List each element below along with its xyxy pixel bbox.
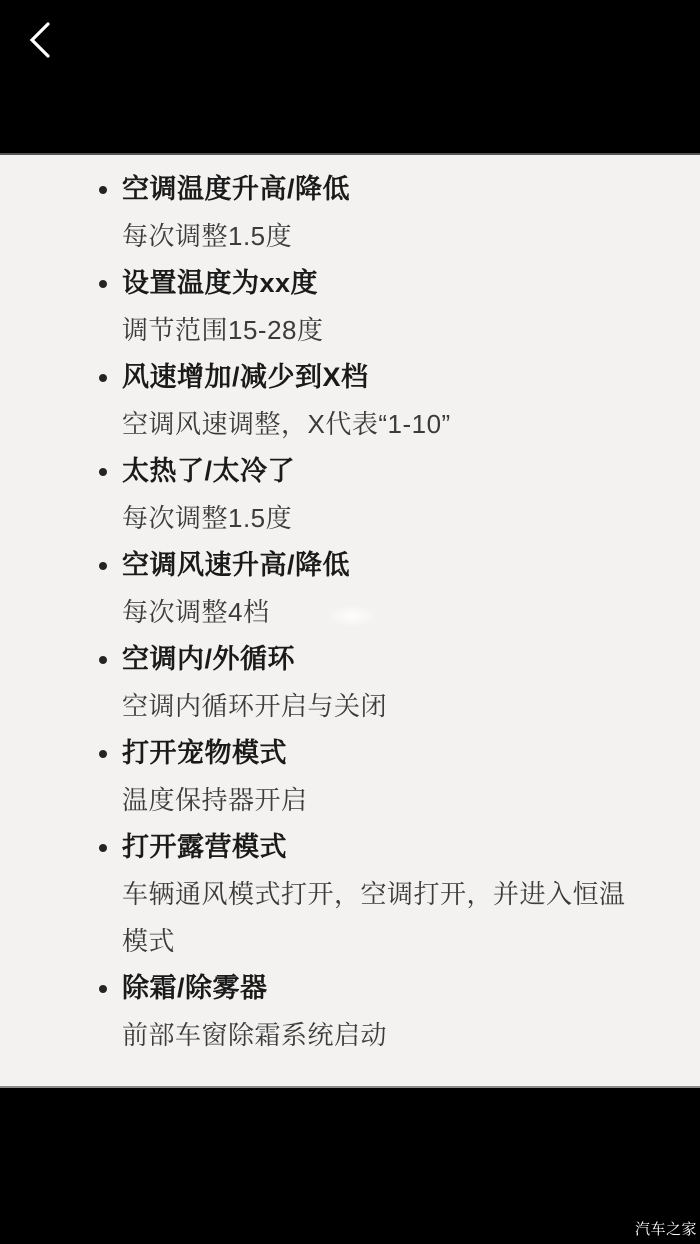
list-item: 除霜/除雾器 前部车窗除霜系统启动	[98, 965, 644, 1059]
bullet-icon	[99, 844, 107, 852]
bullet-icon	[99, 468, 107, 476]
list-item: 设置温度为xx度 调节范围15-28度	[98, 260, 644, 354]
top-bar	[0, 0, 700, 155]
bullet-icon	[99, 656, 107, 664]
command-description: 空调风速调整，X代表“1-10”	[122, 401, 644, 448]
command-description: 温度保持器开启	[122, 777, 644, 824]
command-description: 每次调整1.5度	[122, 495, 644, 542]
command-title: 空调温度升高/降低	[122, 166, 644, 213]
command-page: 空调温度升高/降低 每次调整1.5度 设置温度为xx度 调节范围15-28度 风…	[0, 157, 700, 1086]
list-item: 空调温度升高/降低 每次调整1.5度	[98, 166, 644, 260]
command-description: 前部车窗除霜系统启动	[122, 1012, 644, 1059]
command-description: 每次调整4档	[122, 589, 644, 636]
bottom-bar: 汽车之家	[0, 1086, 700, 1244]
chevron-left-icon	[28, 21, 52, 59]
list-item: 风速增加/减少到X档 空调风速调整，X代表“1-10”	[98, 354, 644, 448]
command-title: 打开露营模式	[122, 824, 644, 871]
command-title: 风速增加/减少到X档	[122, 354, 644, 401]
bullet-icon	[99, 374, 107, 382]
list-item: 打开宠物模式 温度保持器开启	[98, 730, 644, 824]
bullet-icon	[99, 562, 107, 570]
command-title: 空调内/外循环	[122, 636, 644, 683]
list-item: 打开露营模式 车辆通风模式打开，空调打开，并进入恒温模式	[98, 824, 644, 965]
command-title: 太热了/太冷了	[122, 448, 644, 495]
command-title: 除霜/除雾器	[122, 965, 644, 1012]
list-item: 太热了/太冷了 每次调整1.5度	[98, 448, 644, 542]
command-description: 调节范围15-28度	[122, 307, 644, 354]
command-title: 空调风速升高/降低	[122, 542, 644, 589]
list-item: 空调内/外循环 空调内循环开启与关闭	[98, 636, 644, 730]
command-title: 设置温度为xx度	[122, 260, 644, 307]
bullet-icon	[99, 186, 107, 194]
bullet-icon	[99, 985, 107, 993]
bullet-icon	[99, 280, 107, 288]
command-description: 空调内循环开启与关闭	[122, 683, 644, 730]
command-title: 打开宠物模式	[122, 730, 644, 777]
autohome-watermark: 汽车之家	[635, 1218, 697, 1239]
list-item: 空调风速升高/降低 每次调整4档	[98, 542, 644, 636]
back-button[interactable]	[16, 14, 64, 66]
command-list: 空调温度升高/降低 每次调整1.5度 设置温度为xx度 调节范围15-28度 风…	[0, 166, 700, 1059]
command-description: 每次调整1.5度	[122, 213, 644, 260]
command-description: 车辆通风模式打开，空调打开，并进入恒温模式	[122, 871, 644, 965]
bullet-icon	[99, 750, 107, 758]
